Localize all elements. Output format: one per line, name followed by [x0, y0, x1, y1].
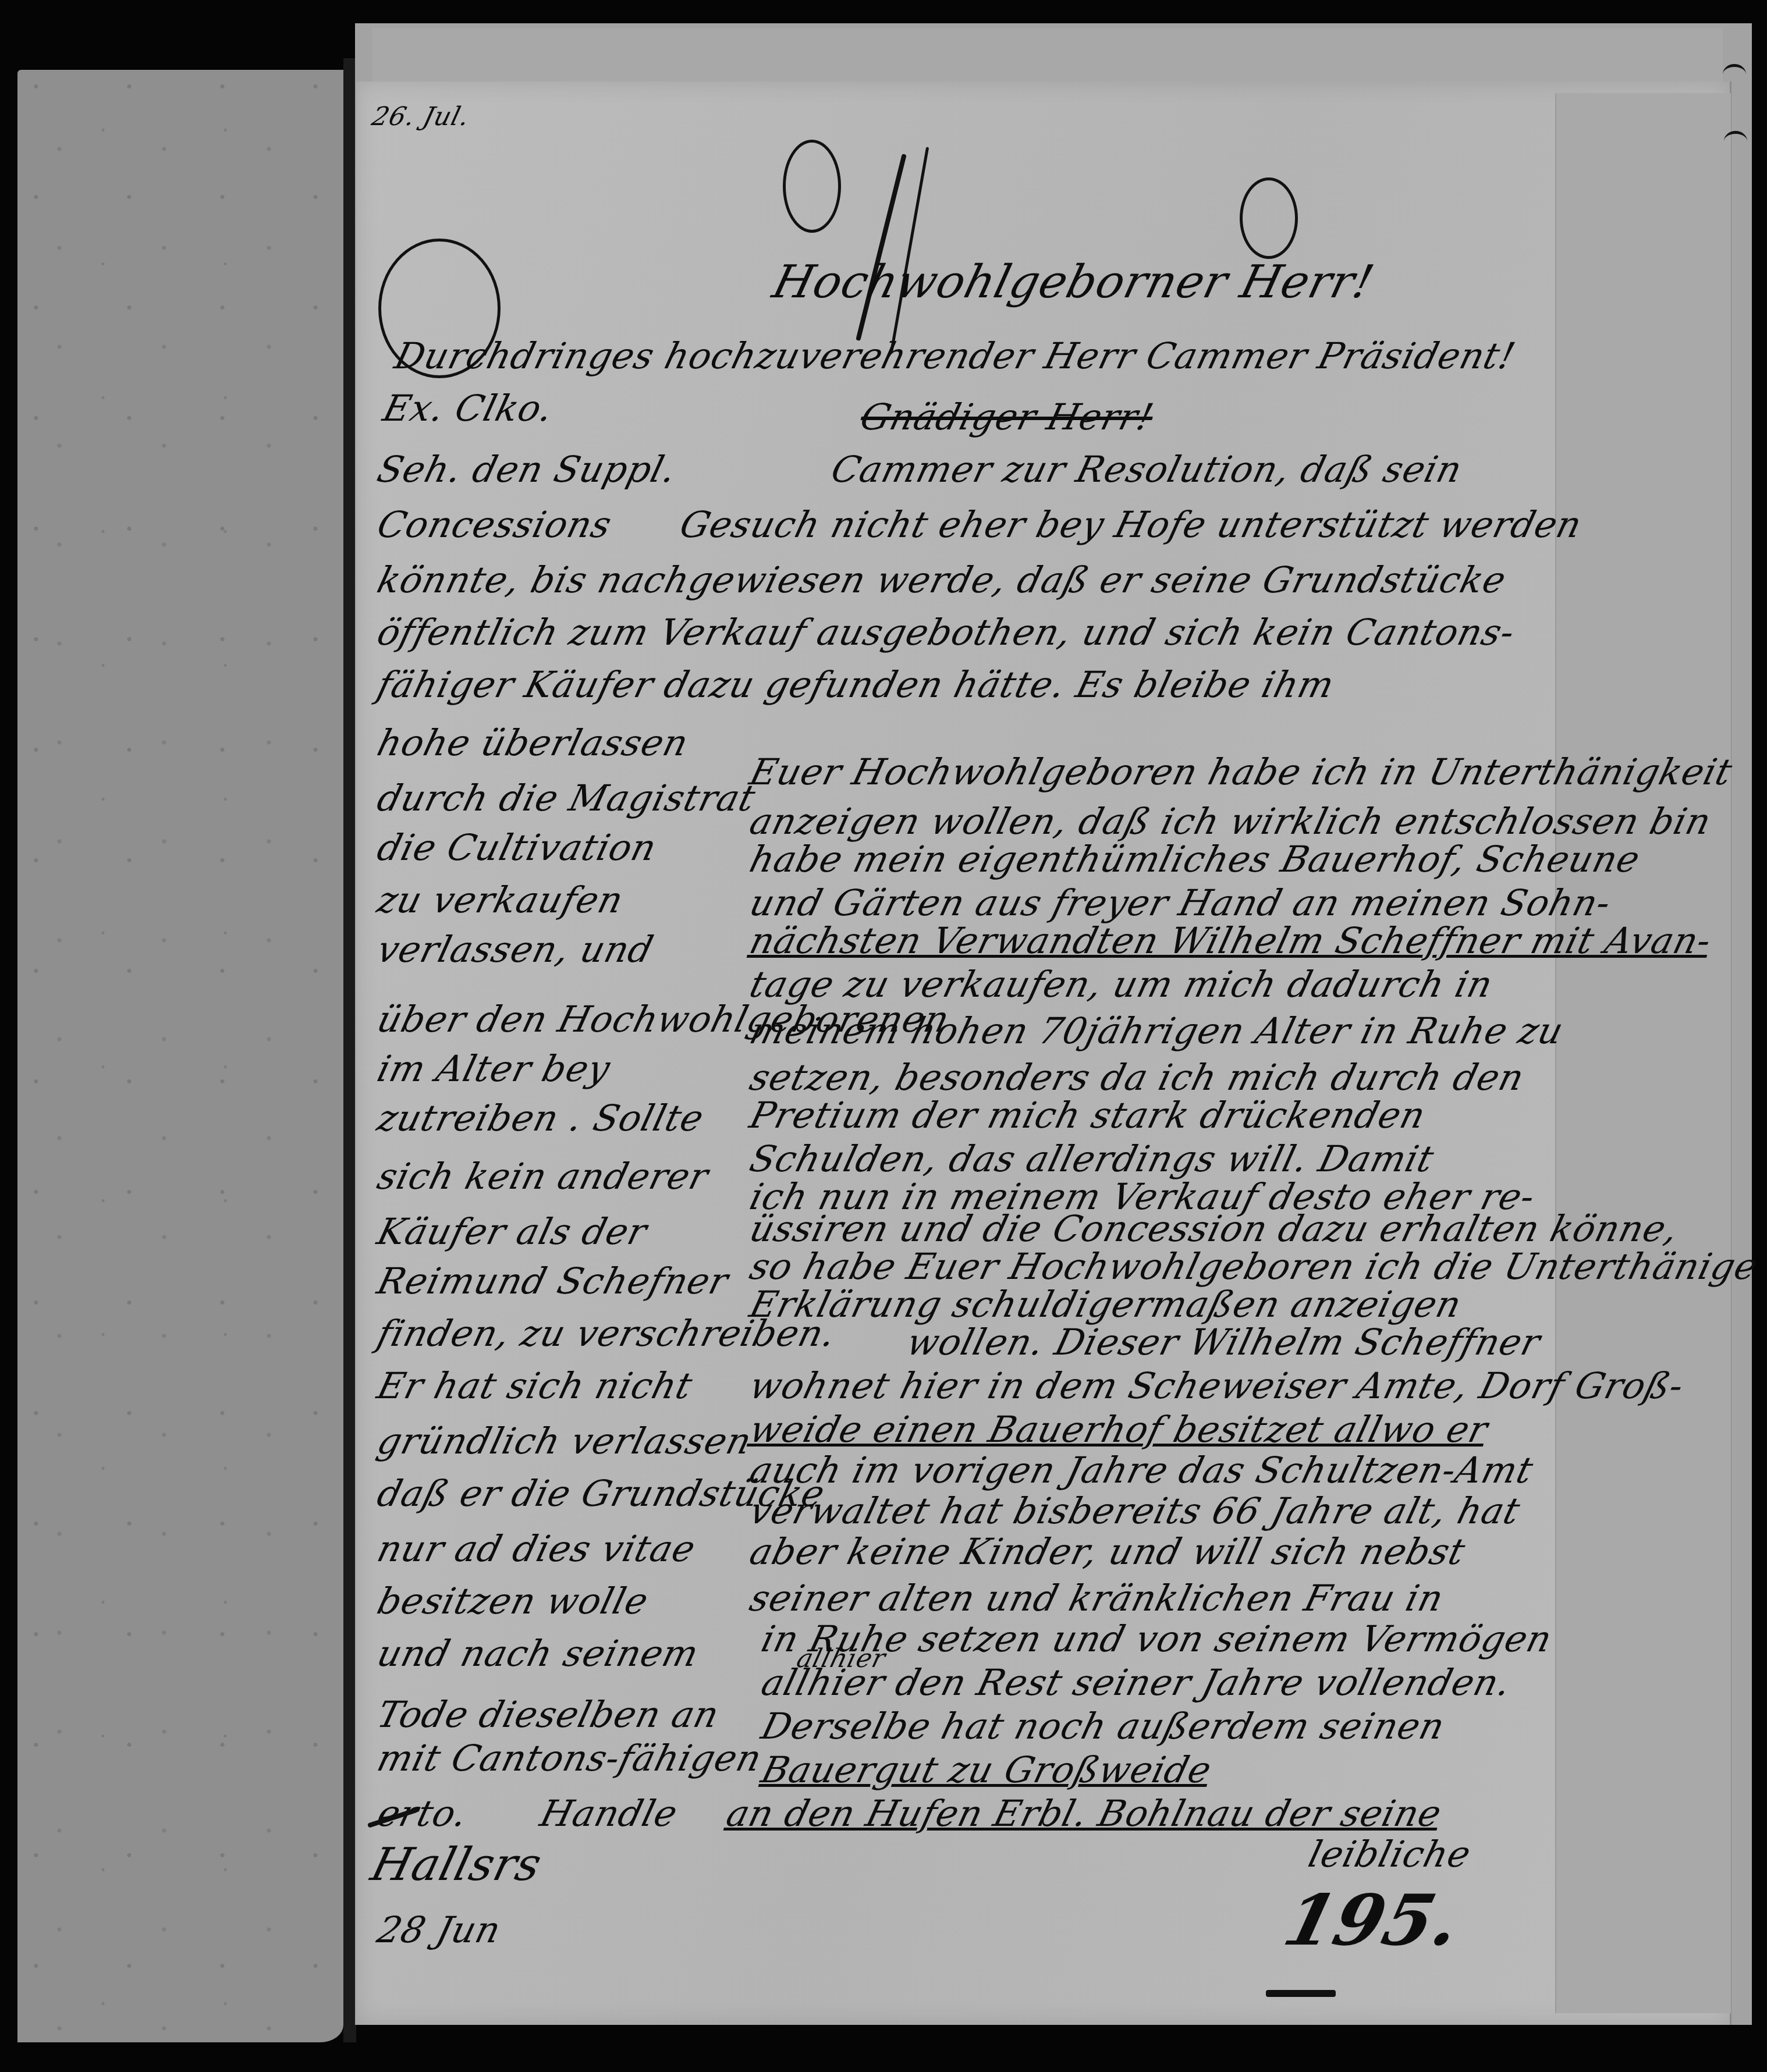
body-line: Schulden, das allerdings will. Damit: [746, 1138, 1439, 1180]
folio-number-underline: [1266, 1990, 1336, 1997]
margin-note: finden, zu verschreiben.: [373, 1312, 840, 1355]
salutation-line-1: Hochwohlgeborner Herr!: [768, 256, 1379, 308]
margin-note: nur ad dies vitae: [373, 1527, 700, 1570]
body-line: üssiren und die Concession dazu erhalten…: [746, 1207, 1683, 1250]
body-line: fähiger Käufer dazu gefunden hätte. Es b…: [373, 663, 1339, 706]
margin-note: die Cultivation: [373, 826, 661, 869]
margin-note: Käufer als der: [373, 1210, 652, 1253]
body-line: Cammer zur Resolution, daß sein: [827, 448, 1467, 491]
body-line: Euer Hochwohlgeboren habe ich in Unterth…: [746, 751, 1737, 793]
body-line: Pretium der mich stark drückenden: [746, 1094, 1430, 1136]
archive-cover-board: [17, 70, 343, 2042]
body-line: meinem hohen 70jährigen Alter in Ruhe zu: [746, 1010, 1568, 1052]
margin-note: zutreiben . Sollte: [373, 1097, 708, 1139]
margin-note: durch die Magistrat: [373, 777, 760, 819]
body-line: öffentlich zum Verkauf ausgebothen, und …: [373, 611, 1520, 653]
margin-note: im Alter bey: [373, 1047, 615, 1090]
body-line: verwaltet hat bisbereits 66 Jahre alt, h…: [746, 1490, 1525, 1532]
margin-note: mit Cantons-fähigen: [373, 1737, 767, 1779]
folio-number: 195.: [1276, 1879, 1468, 1961]
body-line: Gesuch nicht eher bey Hofe unterstützt w…: [676, 503, 1587, 546]
margin-note: Er hat sich nicht: [373, 1364, 697, 1407]
salutation-line-2: Durchdringes hochzuverehrender Herr Camm…: [391, 335, 1520, 377]
page-right-margin-strip: [1555, 93, 1731, 2013]
body-line: habe mein eigenthümliches Bauerhof, Sche…: [746, 838, 1645, 880]
date-note: 28 Jun: [373, 1908, 506, 1951]
body-line: auch im vorigen Jahre das Schultzen-Amt: [746, 1449, 1538, 1491]
body-line: so habe Euer Hochwohlgeboren ich die Unt…: [746, 1245, 1762, 1288]
body-line: setzen, besonders da ich mich durch den: [746, 1056, 1529, 1099]
body-line: Derselbe hat noch außerdem seinen: [757, 1705, 1449, 1747]
body-line: anzeigen wollen, daß ich wirklich entsch…: [746, 800, 1716, 843]
margin-note: zu verkaufen: [373, 879, 628, 921]
binding-gutter: [343, 58, 356, 2042]
margin-note: Tode dieselben an: [373, 1693, 724, 1736]
margin-note: verlassen, und: [373, 928, 658, 971]
body-line: seiner alten und kränklichen Frau in: [746, 1577, 1448, 1619]
margin-note: sich kein anderer: [373, 1155, 713, 1197]
body-line: Erklärung schuldigermaßen anzeigen: [746, 1283, 1466, 1325]
header-flourish-loop: [1240, 177, 1298, 259]
margin-note: und nach seinem: [373, 1632, 703, 1675]
salutation-left-abbrev: Ex. Clko.: [379, 387, 558, 429]
header-flourish-loop: [783, 140, 841, 233]
body-line: weide einen Bauerhof besitzet allwo er: [746, 1408, 1492, 1451]
body-line: nächsten Verwandten Wilhelm Scheffner mi…: [746, 919, 1716, 962]
body-line: und Gärten aus freyer Hand an meinen Soh…: [746, 882, 1616, 924]
body-line: allhier den Rest seiner Jahre vollenden.: [757, 1661, 1516, 1704]
margin-note: Concessions: [373, 503, 616, 546]
body-line: leibliche: [1304, 1833, 1475, 1875]
body-line: könnte, bis nachgewiesen werde, daß er s…: [373, 559, 1511, 601]
edge-mark: [1724, 131, 1747, 151]
body-line: an den Hufen Erbl. Bohlnau der seine: [722, 1792, 1446, 1835]
body-line: wollen. Dieser Wilhelm Scheffner: [903, 1321, 1545, 1363]
margin-note: hohe überlassen: [373, 722, 693, 764]
margin-note: besitzen wolle: [373, 1580, 653, 1622]
folio-note: 26. Jul.: [369, 102, 473, 132]
margin-note: Reimund Schefner: [373, 1260, 733, 1302]
body-line: aber keine Kinder, und will sich nebst: [746, 1530, 1470, 1573]
body-line: Bauergut zu Großweide: [757, 1748, 1216, 1791]
signature-initials: Hallsrs: [366, 1839, 547, 1891]
salutation-line-3: Gnädiger Herr!: [856, 396, 1158, 438]
margin-note: gründlich verlassen: [373, 1420, 757, 1462]
body-line: wohnet hier in dem Scheweiser Amte, Dorf…: [746, 1364, 1688, 1407]
margin-note: Seh. den Suppl.: [373, 448, 681, 491]
lower-margin-note: erto.: [373, 1792, 472, 1835]
lower-margin-note: Handle: [536, 1792, 682, 1835]
edge-mark: [1723, 64, 1746, 84]
